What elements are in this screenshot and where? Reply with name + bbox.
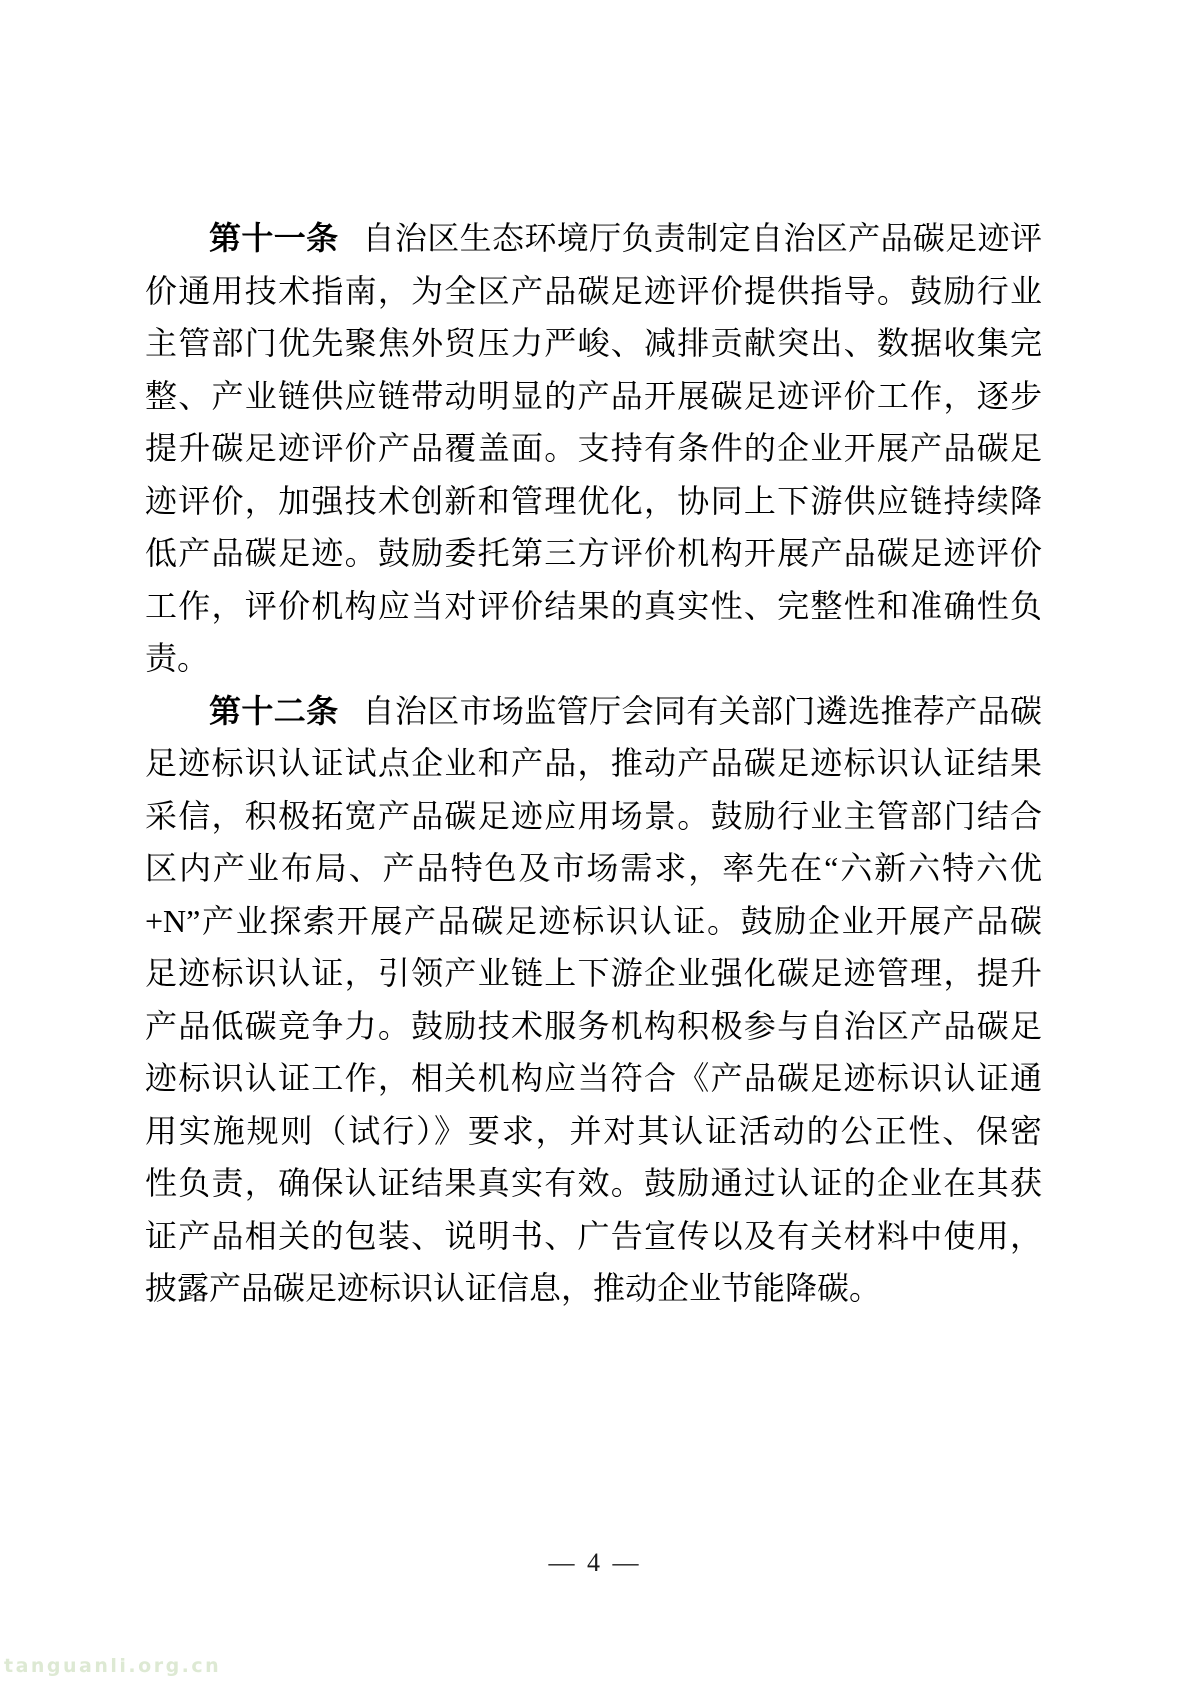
text-line: 提升碳足迹评价产品覆盖面。支持有条件的企业开展产品碳足 — [145, 422, 1042, 475]
text-line: +N”产业探索开展产品碳足迹标识认证。鼓励企业开展产品碳 — [145, 895, 1042, 948]
text-line: 采信，积极拓宽产品碳足迹应用场景。鼓励行业主管部门结合 — [145, 790, 1042, 843]
text-line: 工作，评价机构应当对评价结果的真实性、完整性和准确性负 — [145, 580, 1042, 633]
text-line-content: 自治区市场监管厅会同有关部门遴选推荐产品碳 — [363, 693, 1042, 729]
page-number: — 4 — — [0, 1546, 1190, 1580]
article-heading: 第十二条 — [209, 693, 339, 729]
text-line: 足迹标识认证试点企业和产品，推动产品碳足迹标识认证结果 — [145, 737, 1042, 790]
text-line: 第十二条自治区市场监管厅会同有关部门遴选推荐产品碳 — [145, 685, 1042, 738]
text-line: 低产品碳足迹。鼓励委托第三方评价机构开展产品碳足迹评价 — [145, 527, 1042, 580]
text-line: 披露产品碳足迹标识认证信息，推动企业节能降碳。 — [145, 1262, 1042, 1315]
document-page: 第十一条自治区生态环境厅负责制定自治区产品碳足迹评 价通用技术指南，为全区产品碳… — [0, 0, 1190, 1683]
text-line: 责。 — [145, 632, 1042, 685]
text-line: 区内产业布局、产品特色及市场需求，率先在“六新六特六优 — [145, 842, 1042, 895]
watermark: tanguanli.org.cn — [4, 1655, 221, 1677]
text-line: 足迹标识认证，引领产业链上下游企业强化碳足迹管理，提升 — [145, 947, 1042, 1000]
text-line: 迹评价，加强技术创新和管理优化，协同上下游供应链持续降 — [145, 475, 1042, 528]
text-line-content: 自治区生态环境厅负责制定自治区产品碳足迹评 — [363, 220, 1042, 256]
document-body: 第十一条自治区生态环境厅负责制定自治区产品碳足迹评 价通用技术指南，为全区产品碳… — [145, 212, 1042, 1315]
text-line: 迹标识认证工作，相关机构应当符合《产品碳足迹标识认证通 — [145, 1052, 1042, 1105]
text-line: 性负责，确保认证结果真实有效。鼓励通过认证的企业在其获 — [145, 1157, 1042, 1210]
text-line: 产品低碳竞争力。鼓励技术服务机构积极参与自治区产品碳足 — [145, 1000, 1042, 1053]
text-line: 第十一条自治区生态环境厅负责制定自治区产品碳足迹评 — [145, 212, 1042, 265]
article-heading: 第十一条 — [209, 220, 339, 256]
text-line: 整、产业链供应链带动明显的产品开展碳足迹评价工作，逐步 — [145, 370, 1042, 423]
text-line: 用实施规则（试行）》要求，并对其认证活动的公正性、保密 — [145, 1105, 1042, 1158]
text-line: 证产品相关的包装、说明书、广告宣传以及有关材料中使用， — [145, 1210, 1042, 1263]
text-line: 价通用技术指南，为全区产品碳足迹评价提供指导。鼓励行业 — [145, 265, 1042, 318]
text-line: 主管部门优先聚焦外贸压力严峻、减排贡献突出、数据收集完 — [145, 317, 1042, 370]
